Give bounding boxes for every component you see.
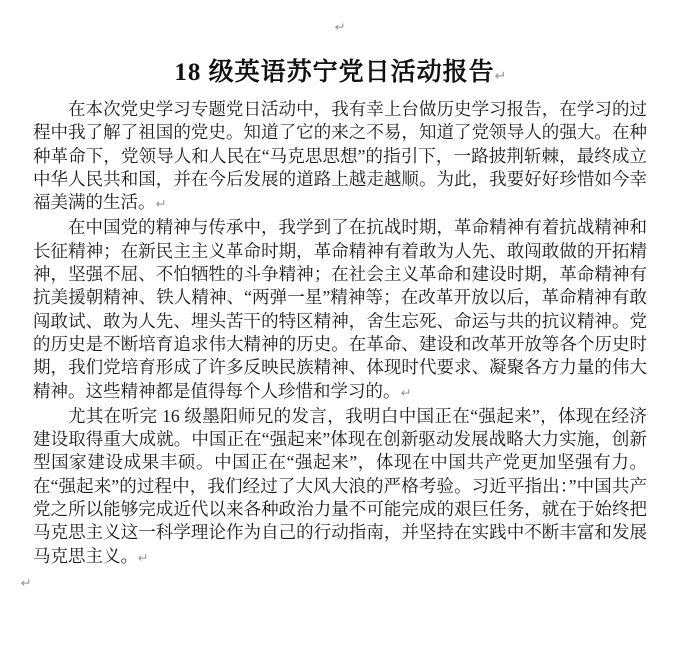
paragraph-text: 尤其在听完 16 级墨阳师兄的发言，我明白中国正在“强起来”，体现在经济建设取得… [33,406,647,566]
paragraph-mark-icon: ↵ [494,56,506,98]
paragraph-mark-icon: ↵ [155,193,166,216]
paragraph-text: 在中国党的精神与传承中，我学到了在抗战时期，革命精神有着抗战精神和长征精神；在新… [33,217,647,400]
document-title-text: 18 级英语苏宁党日活动报告 [174,59,494,86]
paragraph-mark-icon: ↵ [20,572,31,595]
paragraph-mark-icon: ↵ [400,382,411,405]
empty-paragraph-top: ↵ [33,14,647,38]
document-page: ↵ 18 级英语苏宁党日活动报告↵ 在本次党史学习专题党日活动中，我有幸上台做历… [0,0,679,649]
paragraph-text: 在本次党史学习专题党日活动中，我有幸上台做历史学习报告，在学习的过程中我了解了祖… [33,99,647,212]
paragraph: 尤其在听完 16 级墨阳师兄的发言，我明白中国正在“强起来”，体现在经济建设取得… [33,405,647,570]
paragraph: 在中国党的精神与传承中，我学到了在抗战时期，革命精神有着抗战精神和长征精神；在新… [33,216,647,404]
document-title: 18 级英语苏宁党日活动报告↵ [33,52,647,98]
empty-paragraph-bottom: ↵ [21,570,647,595]
paragraph-mark-icon: ↵ [334,16,345,38]
paragraph-mark-icon: ↵ [137,547,148,570]
paragraph: 在本次党史学习专题党日活动中，我有幸上台做历史学习报告，在学习的过程中我了解了祖… [33,98,647,216]
